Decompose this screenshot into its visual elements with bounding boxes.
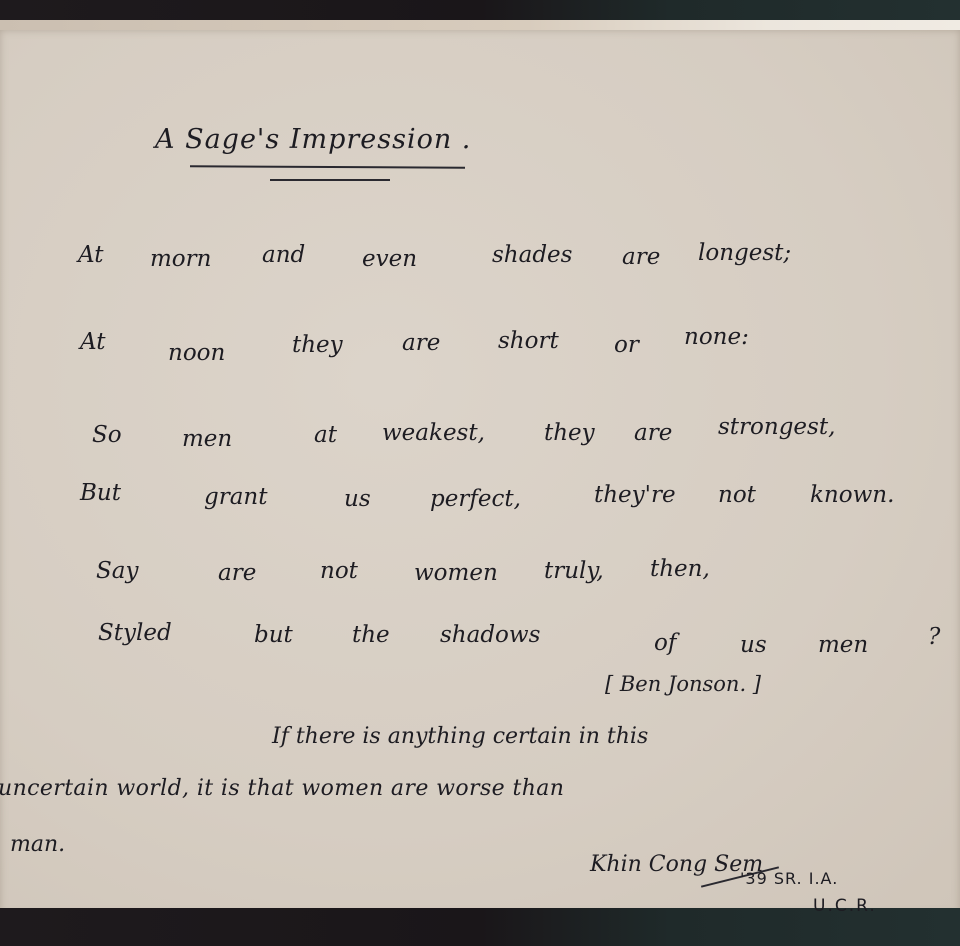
signature: Khin Cong Sem [590,852,763,877]
poem-word: not [718,482,756,508]
poem-word: not [320,558,358,584]
prose-line-1: If there is anything certain in this [272,724,648,749]
poem-word: us [344,486,371,512]
paper-sheet: A Sage's Impression . At morn and even s… [0,24,960,908]
poem-word: they [544,420,595,446]
poem-word: perfect, [430,486,521,512]
poem-word: and [262,242,305,268]
poem-word: of [654,630,676,656]
poem-word: none: [684,324,749,350]
poem-word: are [402,330,440,356]
signature-credential-2: U.C.R. [813,896,877,916]
poem-word: known. [810,482,894,508]
poem-attribution: [ Ben Jonson. ] [605,672,761,696]
poem-word: even [362,246,417,272]
poem-word: At [80,329,105,355]
poem-word: at [314,422,337,448]
poem-word: noon [168,340,225,366]
poem-word: Styled [98,620,172,646]
poem-word: ? [928,624,940,650]
poem-word: shades [492,242,572,268]
poem-word: truly, [544,558,604,584]
poem-word: longest; [698,240,791,266]
poem-word: At [78,242,103,268]
poem-word: strongest, [718,414,835,440]
poem-word: weakest, [382,420,485,446]
poem-word: then, [650,556,710,582]
poem-word: women [414,560,498,586]
poem-word: Say [96,558,138,584]
poem-word: shadows [440,622,540,648]
prose-line-2: uncertain world, it is that women are wo… [0,776,564,801]
poem-word: morn [150,246,211,272]
poem-word: the [352,622,390,648]
poem-word: us [740,632,767,658]
poem-word: are [218,560,256,586]
poem-word: men [818,632,868,658]
poem-word: they [292,332,343,358]
document-title: A Sage's Impression . [155,124,471,155]
poem-word: or [614,332,639,358]
signature-credential-1: '39 SR. I.A. [740,869,838,888]
poem-word: are [634,420,672,446]
poem-word: are [622,244,660,270]
poem-word: but [254,622,293,648]
poem-word: But [80,480,121,506]
title-underline [190,165,465,168]
poem-word: So [92,422,122,448]
title-underline-secondary [270,179,390,181]
prose-line-3: man. [10,832,65,857]
poem-word: short [498,328,559,354]
poem-word: men [182,426,232,452]
poem-word: grant [204,484,268,510]
poem-word: they're [594,482,676,508]
